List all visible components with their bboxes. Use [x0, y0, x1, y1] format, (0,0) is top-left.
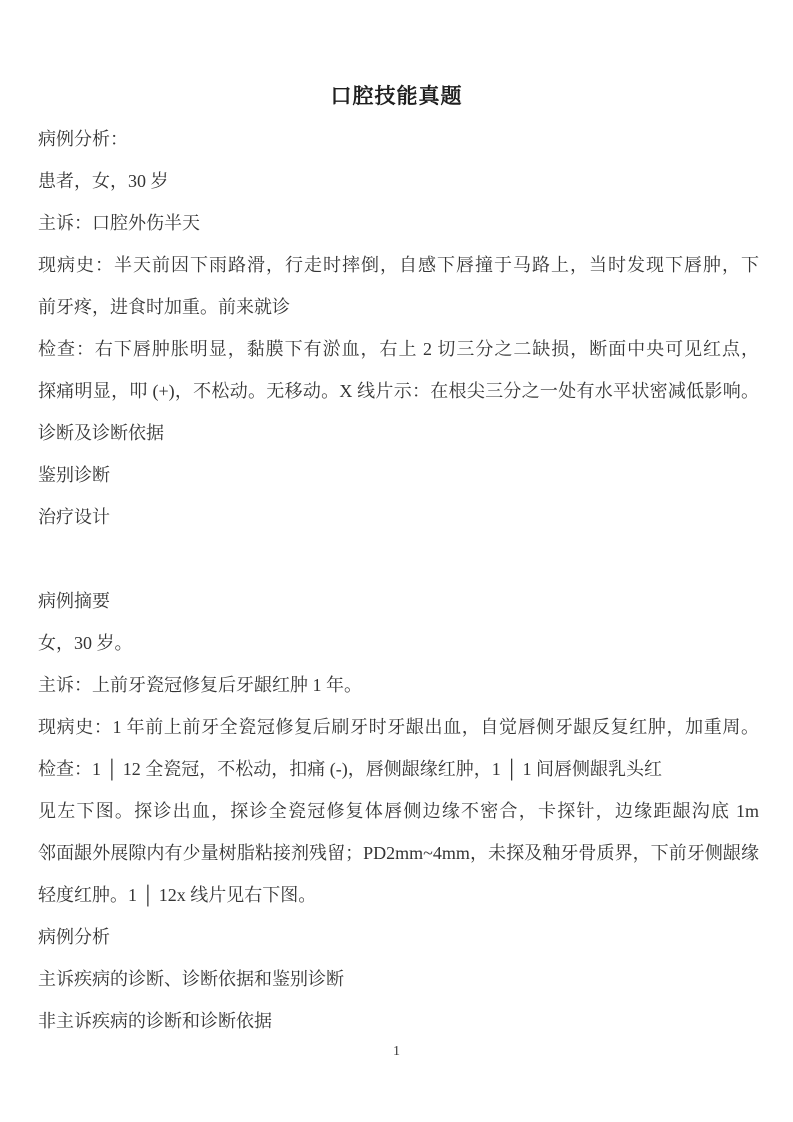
document-line: 病例分析： — [38, 118, 759, 160]
document-line: 主诉：口腔外伤半天 — [38, 202, 759, 244]
document-line: 轻度红肿。1 │ 12x 线片见右下图。 — [38, 874, 759, 916]
document-page: 口腔技能真题 病例分析：患者，女，30 岁主诉：口腔外伤半天现病史：半天前因下雨… — [0, 0, 793, 1122]
document-line: 现病史：1 年前上前牙全瓷冠修复后刷牙时牙龈出血，自觉唇侧牙龈反复红肿，加重周。 — [38, 706, 759, 748]
document-body: 病例分析：患者，女，30 岁主诉：口腔外伤半天现病史：半天前因下雨路滑，行走时摔… — [0, 118, 793, 1042]
document-line: 病例分析 — [38, 916, 759, 958]
document-line: 检查：1 │ 12 全瓷冠，不松动，扣痛 (-)，唇侧龈缘红肿，1 │ 1 间唇… — [38, 748, 759, 790]
blank-line — [38, 538, 759, 580]
document-line: 诊断及诊断依据 — [38, 412, 759, 454]
document-title: 口腔技能真题 — [0, 0, 793, 110]
document-line: 非主诉疾病的诊断和诊断依据 — [38, 1000, 759, 1042]
document-line: 邻面龈外展隙内有少量树脂粘接剂残留；PD2mm~4mm，未探及釉牙骨质界，下前牙… — [38, 832, 759, 874]
page-number: 1 — [0, 1044, 793, 1060]
document-line: 见左下图。探诊出血，探诊全瓷冠修复体唇侧边缘不密合，卡探针，边缘距龈沟底 1m — [38, 790, 759, 832]
document-line: 女，30 岁。 — [38, 622, 759, 664]
document-line: 病例摘要 — [38, 580, 759, 622]
document-line: 患者，女，30 岁 — [38, 160, 759, 202]
document-line: 鉴别诊断 — [38, 454, 759, 496]
document-line: 治疗设计 — [38, 496, 759, 538]
document-line: 前牙疼，进食时加重。前来就诊 — [38, 286, 759, 328]
document-line: 检查：右下唇肿胀明显，黏膜下有淤血，右上 2 切三分之二缺损，断面中央可见红点， — [38, 328, 759, 370]
document-line: 主诉：上前牙瓷冠修复后牙龈红肿 1 年。 — [38, 664, 759, 706]
document-line: 现病史：半天前因下雨路滑，行走时摔倒，自感下唇撞于马路上，当时发现下唇肿，下 — [38, 244, 759, 286]
document-line: 探痛明显，叩 (+)，不松动。无移动。X 线片示：在根尖三分之一处有水平状密减低… — [38, 370, 759, 412]
document-line: 主诉疾病的诊断、诊断依据和鉴别诊断 — [38, 958, 759, 1000]
